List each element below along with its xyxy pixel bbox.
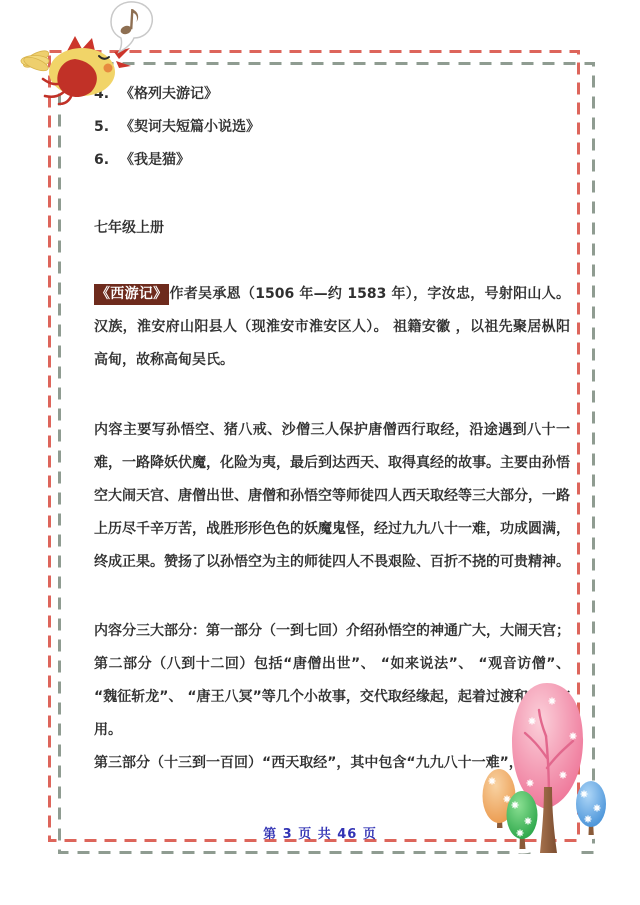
bird-cheek	[104, 64, 113, 73]
list-item-number: 5.	[94, 111, 120, 144]
bird-crest	[66, 36, 95, 56]
paragraph-content-summary: 内容主要写孙悟空、猪八戒、沙僧三人保护唐僧西行取经，沿途遇到八十一难，一路降妖伏…	[94, 414, 570, 579]
book-title-highlight: 《西游记》	[94, 284, 169, 305]
paragraph-structure: 内容分三大部分：第一部分（一到七回）介绍孙悟空的神通广大，大闹天宫；第二部分（八…	[94, 615, 570, 780]
section-title: 七年级上册	[94, 212, 570, 245]
reading-list: 4. 《格列夫游记》 5. 《契诃夫短篇小说选》 6. 《我是猫》	[94, 78, 570, 177]
list-item-title: 《契诃夫短篇小说选》	[120, 111, 260, 144]
list-item: 5. 《契诃夫短篇小说选》	[94, 111, 570, 144]
paragraph-xiyouji-author: 《西游记》作者吴承恩（1506 年—约 1583 年），字汝忠，号射阳山人。汉族…	[94, 278, 570, 377]
page-footer: 第 3 页 共 46 页	[0, 825, 640, 845]
bird-tail	[21, 48, 51, 74]
speech-bubble	[106, 0, 158, 54]
bird-feet	[43, 79, 72, 104]
list-item-title: 《格列夫游记》	[120, 78, 218, 111]
list-item-number: 6.	[94, 144, 120, 177]
list-item: 6. 《我是猫》	[94, 144, 570, 177]
bird-wing	[57, 59, 97, 97]
structure-part-1-2: 内容分三大部分：第一部分（一到七回）介绍孙悟空的神通广大，大闹天宫；第二部分（八…	[94, 615, 570, 747]
list-item-title: 《我是猫》	[120, 144, 190, 177]
bird-eye	[99, 56, 109, 59]
bird-beak	[114, 48, 131, 68]
document-page: 4. 《格列夫游记》 5. 《契诃夫短篇小说选》 6. 《我是猫》 七年级上册 …	[0, 0, 640, 905]
list-item: 4. 《格列夫游记》	[94, 78, 570, 111]
structure-part-3: 第三部分（十三到一百回）“西天取经”，其中包含“九九八十一难”，“八十	[94, 747, 570, 780]
music-note-icon	[119, 9, 138, 36]
list-item-number: 4.	[94, 78, 120, 111]
